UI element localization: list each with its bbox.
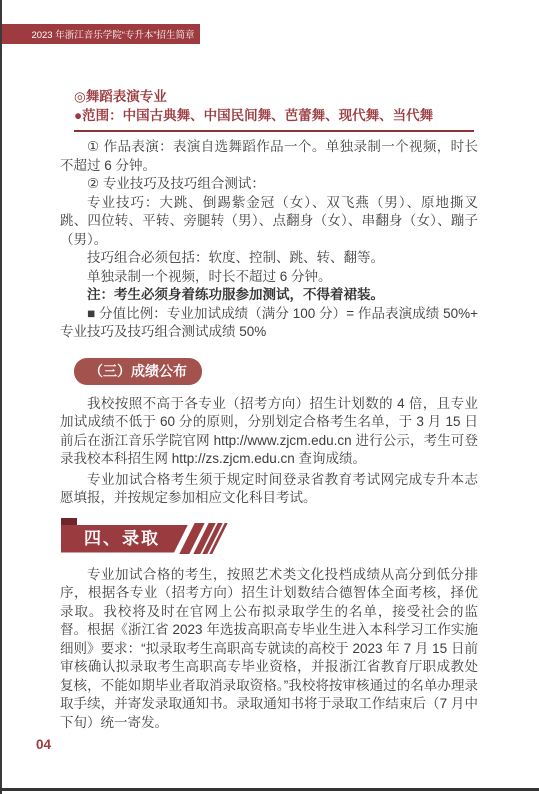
page-bottom-edge bbox=[0, 788, 539, 791]
dot-bullet-icon: ● bbox=[74, 108, 82, 123]
paragraph-skill-list: 专业技巧：大跳、倒踢紫金冠（女）、双飞燕（男）、原地撕叉跳、四位转、平转、旁腿转… bbox=[60, 194, 478, 250]
paragraph-results-apply: 专业加试合格考生须于规定时间登录省教育考试网完成专升本志愿填报，并按规定参加相应… bbox=[60, 471, 478, 508]
paragraph-skill-combo: 技巧组合必须包括：软度、控制、跳、转、翻等。 bbox=[60, 249, 478, 268]
results-section-badge: （三）成绩公布 bbox=[74, 358, 202, 385]
paragraph-skill-test: ② 专业技巧及技巧组合测试： bbox=[60, 175, 478, 194]
paragraph-work-performance: ① 作品表演：表演自选舞蹈作品一个。单独录制一个视频，时长不超过 6 分钟。 bbox=[60, 138, 478, 175]
dance-major-title: ◎舞蹈表演专业 bbox=[74, 88, 478, 107]
paragraph-results-publish: 我校按照不高于各专业（招考方向）招生计划数的 4 倍，且专业加试成绩不低于 60… bbox=[60, 395, 478, 469]
ring-bullet-icon: ◎ bbox=[74, 89, 86, 104]
admission-section-banner: 四、录取 bbox=[60, 518, 478, 554]
paragraph-dress-note: 注：考生必须身着练功服参加测试，不得着裙装。 bbox=[60, 286, 478, 305]
header-title: 2023 年浙江音乐学院“专升本”招生简章 bbox=[31, 27, 194, 41]
brochure-page: 2023 年浙江音乐学院“专升本”招生简章 ◎舞蹈表演专业 ●范围：中国古典舞、… bbox=[0, 0, 539, 794]
dance-scope-line: ●范围：中国古典舞、中国民间舞、芭蕾舞、现代舞、当代舞 bbox=[74, 107, 474, 133]
dance-scope-label: 范围：中国古典舞、中国民间舞、芭蕾舞、现代舞、当代舞 bbox=[82, 108, 433, 123]
page-left-edge bbox=[0, 0, 2, 794]
paragraph-video-limit: 单独录制一个视频，时长不超过 6 分钟。 bbox=[60, 268, 478, 287]
admission-banner-title: 四、录取 bbox=[61, 525, 188, 553]
paragraph-score-ratio: ■ 分值比例：专业加试成绩（满分 100 分）= 作品表演成绩 50%+ 专业技… bbox=[60, 305, 478, 342]
page-number: 04 bbox=[36, 737, 51, 752]
header-bar: 2023 年浙江音乐学院“专升本”招生简章 bbox=[2, 24, 200, 44]
page-content: ◎舞蹈表演专业 ●范围：中国古典舞、中国民间舞、芭蕾舞、现代舞、当代舞 ① 作品… bbox=[60, 88, 478, 732]
paragraph-admission: 专业加试合格的考生，按照艺术类文化投档成绩从高分到低分排序，根据各专业（招考方向… bbox=[60, 566, 478, 733]
dance-major-title-label: 舞蹈表演专业 bbox=[86, 89, 167, 104]
